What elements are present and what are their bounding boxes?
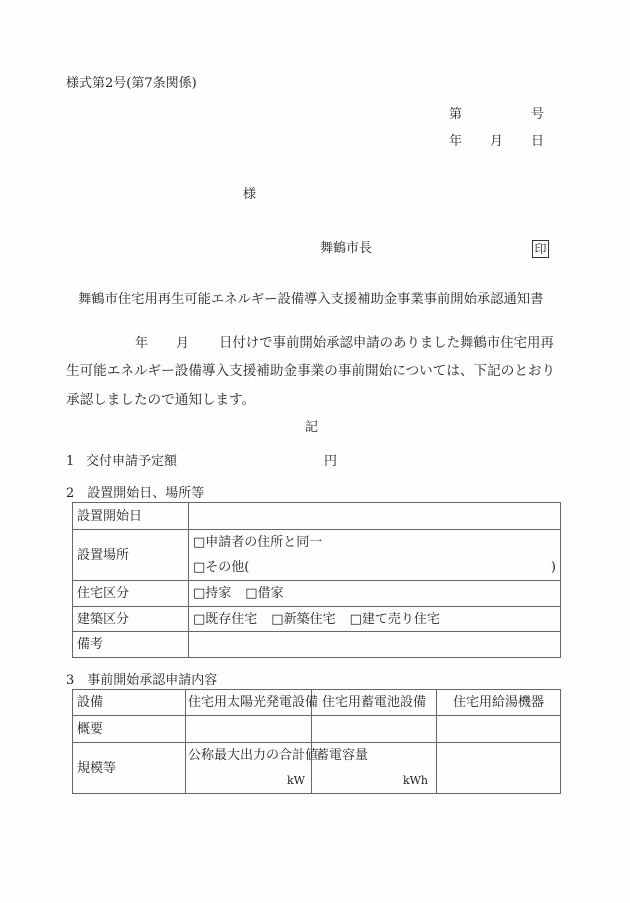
date-day: 日 — [531, 135, 544, 148]
table-row: 住宅区分 □持家□借家 — [73, 581, 561, 607]
option-other[interactable]: □その他( — [193, 555, 249, 580]
option-same-address[interactable]: □申請者の住所と同一 — [193, 535, 322, 550]
application-content-table: 設備 住宅用太陽光発電設備 住宅用蓄電池設備 住宅用給湯機器 概要 規模等 公称… — [72, 689, 561, 794]
addressee-honorific: 様 — [243, 188, 256, 201]
installation-table: 設置開始日 設置場所 □申請者の住所と同一 □その他( ) 住宅区分 □持家□借… — [72, 502, 561, 658]
row-label: 設置場所 — [73, 530, 189, 581]
body-line2: 生可能エネルギー設備導入支援補助金事業の事前開始については、下記のとおり — [66, 365, 555, 379]
solar-overview-field[interactable] — [186, 716, 312, 743]
solar-scale-label: 公称最大出力の合計値 — [188, 743, 309, 768]
row-label: 概要 — [73, 716, 186, 743]
installation-location-field[interactable]: □申請者の住所と同一 □その他( ) — [189, 530, 561, 581]
option-owned[interactable]: □持家 — [193, 587, 231, 600]
solar-unit: kW — [188, 768, 309, 793]
column-header: 設備 — [73, 690, 186, 716]
option-built-for-sale[interactable]: □建て売り住宅 — [350, 613, 440, 626]
date-year: 年 — [449, 135, 462, 148]
section1-unit: 円 — [324, 455, 337, 468]
number-prefix: 第 — [449, 108, 462, 121]
column-header: 住宅用蓄電池設備 — [312, 690, 437, 716]
body-year: 年 — [135, 337, 148, 350]
table-row: 建築区分 □既存住宅□新築住宅□建て売り住宅 — [73, 607, 561, 632]
option-rented[interactable]: □借家 — [245, 587, 283, 600]
column-header: 住宅用給湯機器 — [437, 690, 561, 716]
issuer-name: 舞鶴市長 — [320, 242, 372, 255]
row-label: 建築区分 — [73, 607, 189, 632]
seal-stamp: 印 — [532, 240, 549, 258]
ki-label: 記 — [305, 421, 318, 434]
table-row: 概要 — [73, 716, 561, 743]
date-month: 月 — [490, 135, 503, 148]
form-label: 様式第2号(第7条関係) — [66, 77, 197, 90]
table-header-row: 設備 住宅用太陽光発電設備 住宅用蓄電池設備 住宅用給湯機器 — [73, 690, 561, 716]
section2-heading: 2 設置開始日、場所等 — [66, 487, 204, 500]
solar-scale-field[interactable]: 公称最大出力の合計値 kW — [186, 743, 312, 794]
close-paren: ) — [551, 555, 556, 580]
section1-number: 1 — [66, 455, 74, 468]
section1-label: 交付申請予定額 — [86, 455, 177, 468]
remarks-field[interactable] — [189, 632, 561, 658]
table-row: 設置場所 □申請者の住所と同一 □その他( ) — [73, 530, 561, 581]
housing-type-field[interactable]: □持家□借家 — [189, 581, 561, 607]
battery-unit: kWh — [316, 768, 432, 793]
battery-scale-field[interactable]: 蓄電容量 kWh — [312, 743, 437, 794]
body-line1: 日付けで事前開始承認申請のありました舞鶴市住宅用再 — [219, 337, 554, 350]
option-existing[interactable]: □既存住宅 — [193, 613, 257, 626]
number-suffix: 号 — [531, 108, 544, 121]
row-label: 規模等 — [73, 743, 186, 794]
water-heater-scale-field[interactable] — [437, 743, 561, 794]
option-new[interactable]: □新築住宅 — [271, 613, 335, 626]
table-row: 備考 — [73, 632, 561, 658]
installation-start-date-field[interactable] — [189, 503, 561, 530]
row-label: 設置開始日 — [73, 503, 189, 530]
row-label: 備考 — [73, 632, 189, 658]
row-label: 住宅区分 — [73, 581, 189, 607]
body-month: 月 — [176, 337, 189, 350]
body-line3: 承認しましたので通知します。 — [66, 394, 255, 408]
column-header: 住宅用太陽光発電設備 — [186, 690, 312, 716]
table-row: 規模等 公称最大出力の合計値 kW 蓄電容量 kWh — [73, 743, 561, 794]
battery-scale-label: 蓄電容量 — [316, 743, 432, 768]
building-type-field[interactable]: □既存住宅□新築住宅□建て売り住宅 — [189, 607, 561, 632]
document-title: 舞鶴市住宅用再生可能エネルギー設備導入支援補助金事業事前開始承認通知書 — [78, 293, 543, 306]
battery-overview-field[interactable] — [312, 716, 437, 743]
section3-heading: 3 事前開始承認申請内容 — [66, 674, 217, 687]
table-row: 設置開始日 — [73, 503, 561, 530]
water-heater-overview-field[interactable] — [437, 716, 561, 743]
